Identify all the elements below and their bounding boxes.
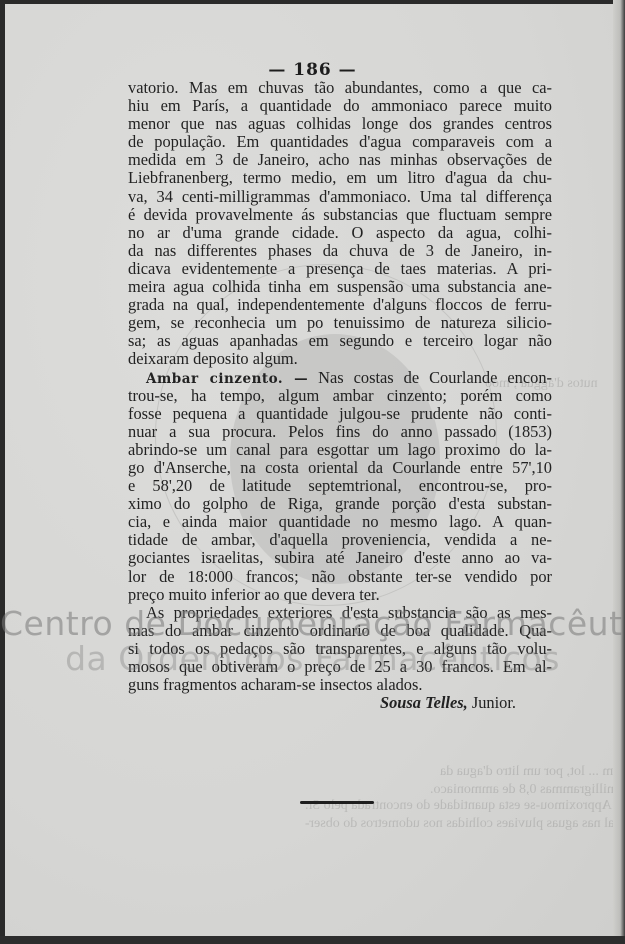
text-line: e 58',20 de latitude septemtrional, enco… [128, 477, 552, 495]
text-line: gociantes israelitas, subira até Janeiro… [128, 549, 552, 567]
page-bottom-edge [0, 936, 625, 944]
text-line: go d'Anserche, na costa oriental da Cour… [128, 459, 552, 477]
text-line: va, 34 centi-milligrammas d'ammoniaco. U… [128, 188, 552, 206]
section-end-rule [300, 801, 374, 804]
text-line: guns fragmentos acharam-se insectos alad… [128, 676, 552, 694]
text-line: ximo do golpho de Riga, grande porção d'… [128, 495, 552, 513]
text-line: gem, se reconhecia um po tenuissimo de n… [128, 314, 552, 332]
bleed-through-text: d'agua, um ... lot, por um litro d'agua … [440, 764, 613, 780]
text-line: fosse pequena a quantidade julgou-se pru… [128, 405, 552, 423]
watermark-line-2: da Ordem dos Farmacêuticos [0, 639, 625, 678]
text-line: preço muito inferior ao que devera ter. [128, 586, 552, 604]
text-line: no ar d'uma grande cidade. O aspecto da … [128, 224, 552, 242]
page-number: — 186 — [0, 60, 625, 80]
paragraph-ambar-cinzento: Ambar cinzento. — Nas costas de Courland… [128, 369, 552, 604]
text-line: de população. Em quantidades d'agua comp… [128, 133, 552, 151]
text-line: deixaram deposito algum. [128, 350, 552, 368]
text-line: vatorio. Mas em chuvas tão abundantes, c… [128, 79, 552, 97]
author-suffix: Junior. [468, 693, 516, 712]
text-line: menor que nas aguas colhidas longe dos g… [128, 115, 552, 133]
text-line: é devida provavelmente ás substancias qu… [128, 206, 552, 224]
text-line: nuar a sua procura. Pelos fins do anno p… [128, 423, 552, 441]
bleed-through-text: chuva, de 303 milligrammas 0,8 de ammoni… [430, 782, 613, 798]
text-line: tidade de ambar, d'aquella proveniencia,… [128, 531, 552, 549]
text-line: Ambar cinzento. — Nas costas de Courland… [128, 369, 552, 387]
text-line: dicava evidentemente a presença de taes … [128, 260, 552, 278]
text-line: Liebfranenberg, termo medio, em um litro… [128, 169, 552, 187]
text-line: sa; as aguas apanhadas em segundo e terc… [128, 332, 552, 350]
text-line: grada na qual, independentemente d'algun… [128, 296, 552, 314]
bleed-through-text: Barral nas aguas pluviaes colhidas nos u… [305, 816, 613, 832]
text-line: lor de 18:000 francos; não obstante ter-… [128, 568, 552, 586]
paragraph-ammonia: vatorio. Mas em chuvas tão abundantes, c… [128, 79, 552, 369]
author-signature: Sousa Telles, Junior. [128, 694, 552, 714]
text-line: abrindo-se um canal para esgottar um lag… [128, 441, 552, 459]
author-name: Sousa Telles, [380, 693, 468, 712]
text-line: medida em 3 de Janeiro, acho nas minhas … [128, 151, 552, 169]
page-right-edge [613, 0, 625, 944]
text-line: hiu em París, a quantidade do ammoniaco … [128, 97, 552, 115]
text-line: da nas differentes phases da chuva de 3 … [128, 242, 552, 260]
text-line: meira agua colhida tinha em suspensão um… [128, 278, 552, 296]
section-heading: Ambar cinzento. — [146, 371, 308, 387]
text-line: trou-se, ha tempo, algum ambar cinzento;… [128, 387, 552, 405]
watermark-line-1: Centro de Documentação Farmacêutica [0, 604, 625, 643]
text-line: cia, e ainda maior quantidade no mesmo l… [128, 513, 552, 531]
